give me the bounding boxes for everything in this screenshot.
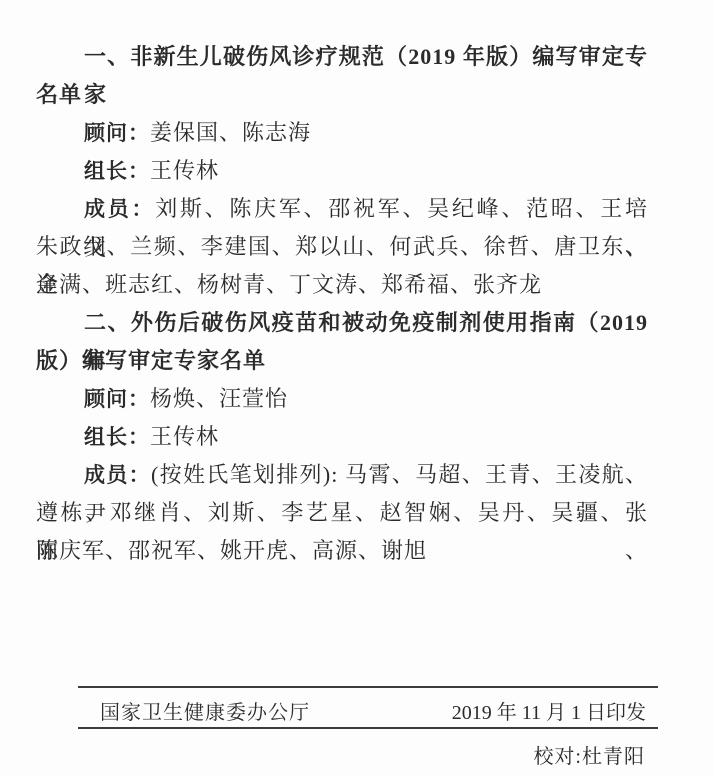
section2-leader-line: 组长：王传林 — [36, 418, 648, 456]
section1-advisor-names: 姜保国、陈志海 — [150, 120, 311, 145]
section1-member-label: 成员： — [84, 198, 155, 221]
section1-title-line1: 一、非新生儿破伤风诊疗规范（2019 年版）编写审定专家 — [36, 38, 648, 76]
section2-advisor-names: 杨焕、汪萱怡 — [150, 386, 288, 411]
section2-leader-label: 组长： — [84, 426, 150, 449]
section2-member-label: 成员： — [84, 464, 151, 487]
document-body: 一、非新生儿破伤风诊疗规范（2019 年版）编写审定专家 名单 顾问：姜保国、陈… — [36, 38, 648, 570]
section2-member-line1: 成员：(按姓氏笔划排列): 马霄、马超、王青、王凌航、尹 — [36, 456, 648, 494]
section1-title-line2: 名单 — [36, 76, 648, 114]
footer-issuer: 国家卫生健康委办公厅 — [78, 696, 310, 725]
section1-member-line3: 金满、班志红、杨树青、丁文涛、郑希福、张齐龙 — [36, 266, 648, 304]
section1-member-line2: 朱政纲、兰频、李建国、郑以山、何武兵、徐哲、唐卫东、逄 — [36, 228, 648, 266]
footer-print-date: 2019 年 11 月 1 日印发 — [452, 696, 658, 725]
section1-leader-line: 组长：王传林 — [36, 152, 648, 190]
section2-leader-names: 王传林 — [150, 424, 219, 449]
section1-advisor-line: 顾问：姜保国、陈志海 — [36, 114, 648, 152]
footer-proofreader: 校对:杜青阳 — [533, 740, 645, 769]
section1-advisor-label: 顾问： — [84, 122, 150, 145]
section1-member-line1: 成员：刘斯、陈庆军、邵祝军、吴纪峰、范昭、王培戈、 — [36, 190, 648, 228]
footer-row: 国家卫生健康委办公厅 2019 年 11 月 1 日印发 — [78, 696, 658, 724]
section2-member-line2: 遵栋、邓继肖、刘斯、李艺星、赵智娴、吴丹、吴疆、张丽、 — [36, 494, 648, 532]
section1-leader-names: 王传林 — [150, 158, 219, 183]
section2-advisor-label: 顾问： — [84, 388, 150, 411]
footer-bottom-rule — [78, 727, 658, 729]
section2-advisor-line: 顾问：杨焕、汪萱怡 — [36, 380, 648, 418]
footer-top-rule — [78, 686, 658, 688]
section2-title-line1: 二、外伤后破伤风疫苗和被动免疫制剂使用指南（2019 年 — [36, 304, 648, 342]
section2-title-line2: 版）编写审定专家名单 — [36, 342, 648, 380]
section1-leader-label: 组长： — [84, 160, 150, 183]
document-page: 一、非新生儿破伤风诊疗规范（2019 年版）编写审定专家 名单 顾问：姜保国、陈… — [0, 0, 714, 776]
